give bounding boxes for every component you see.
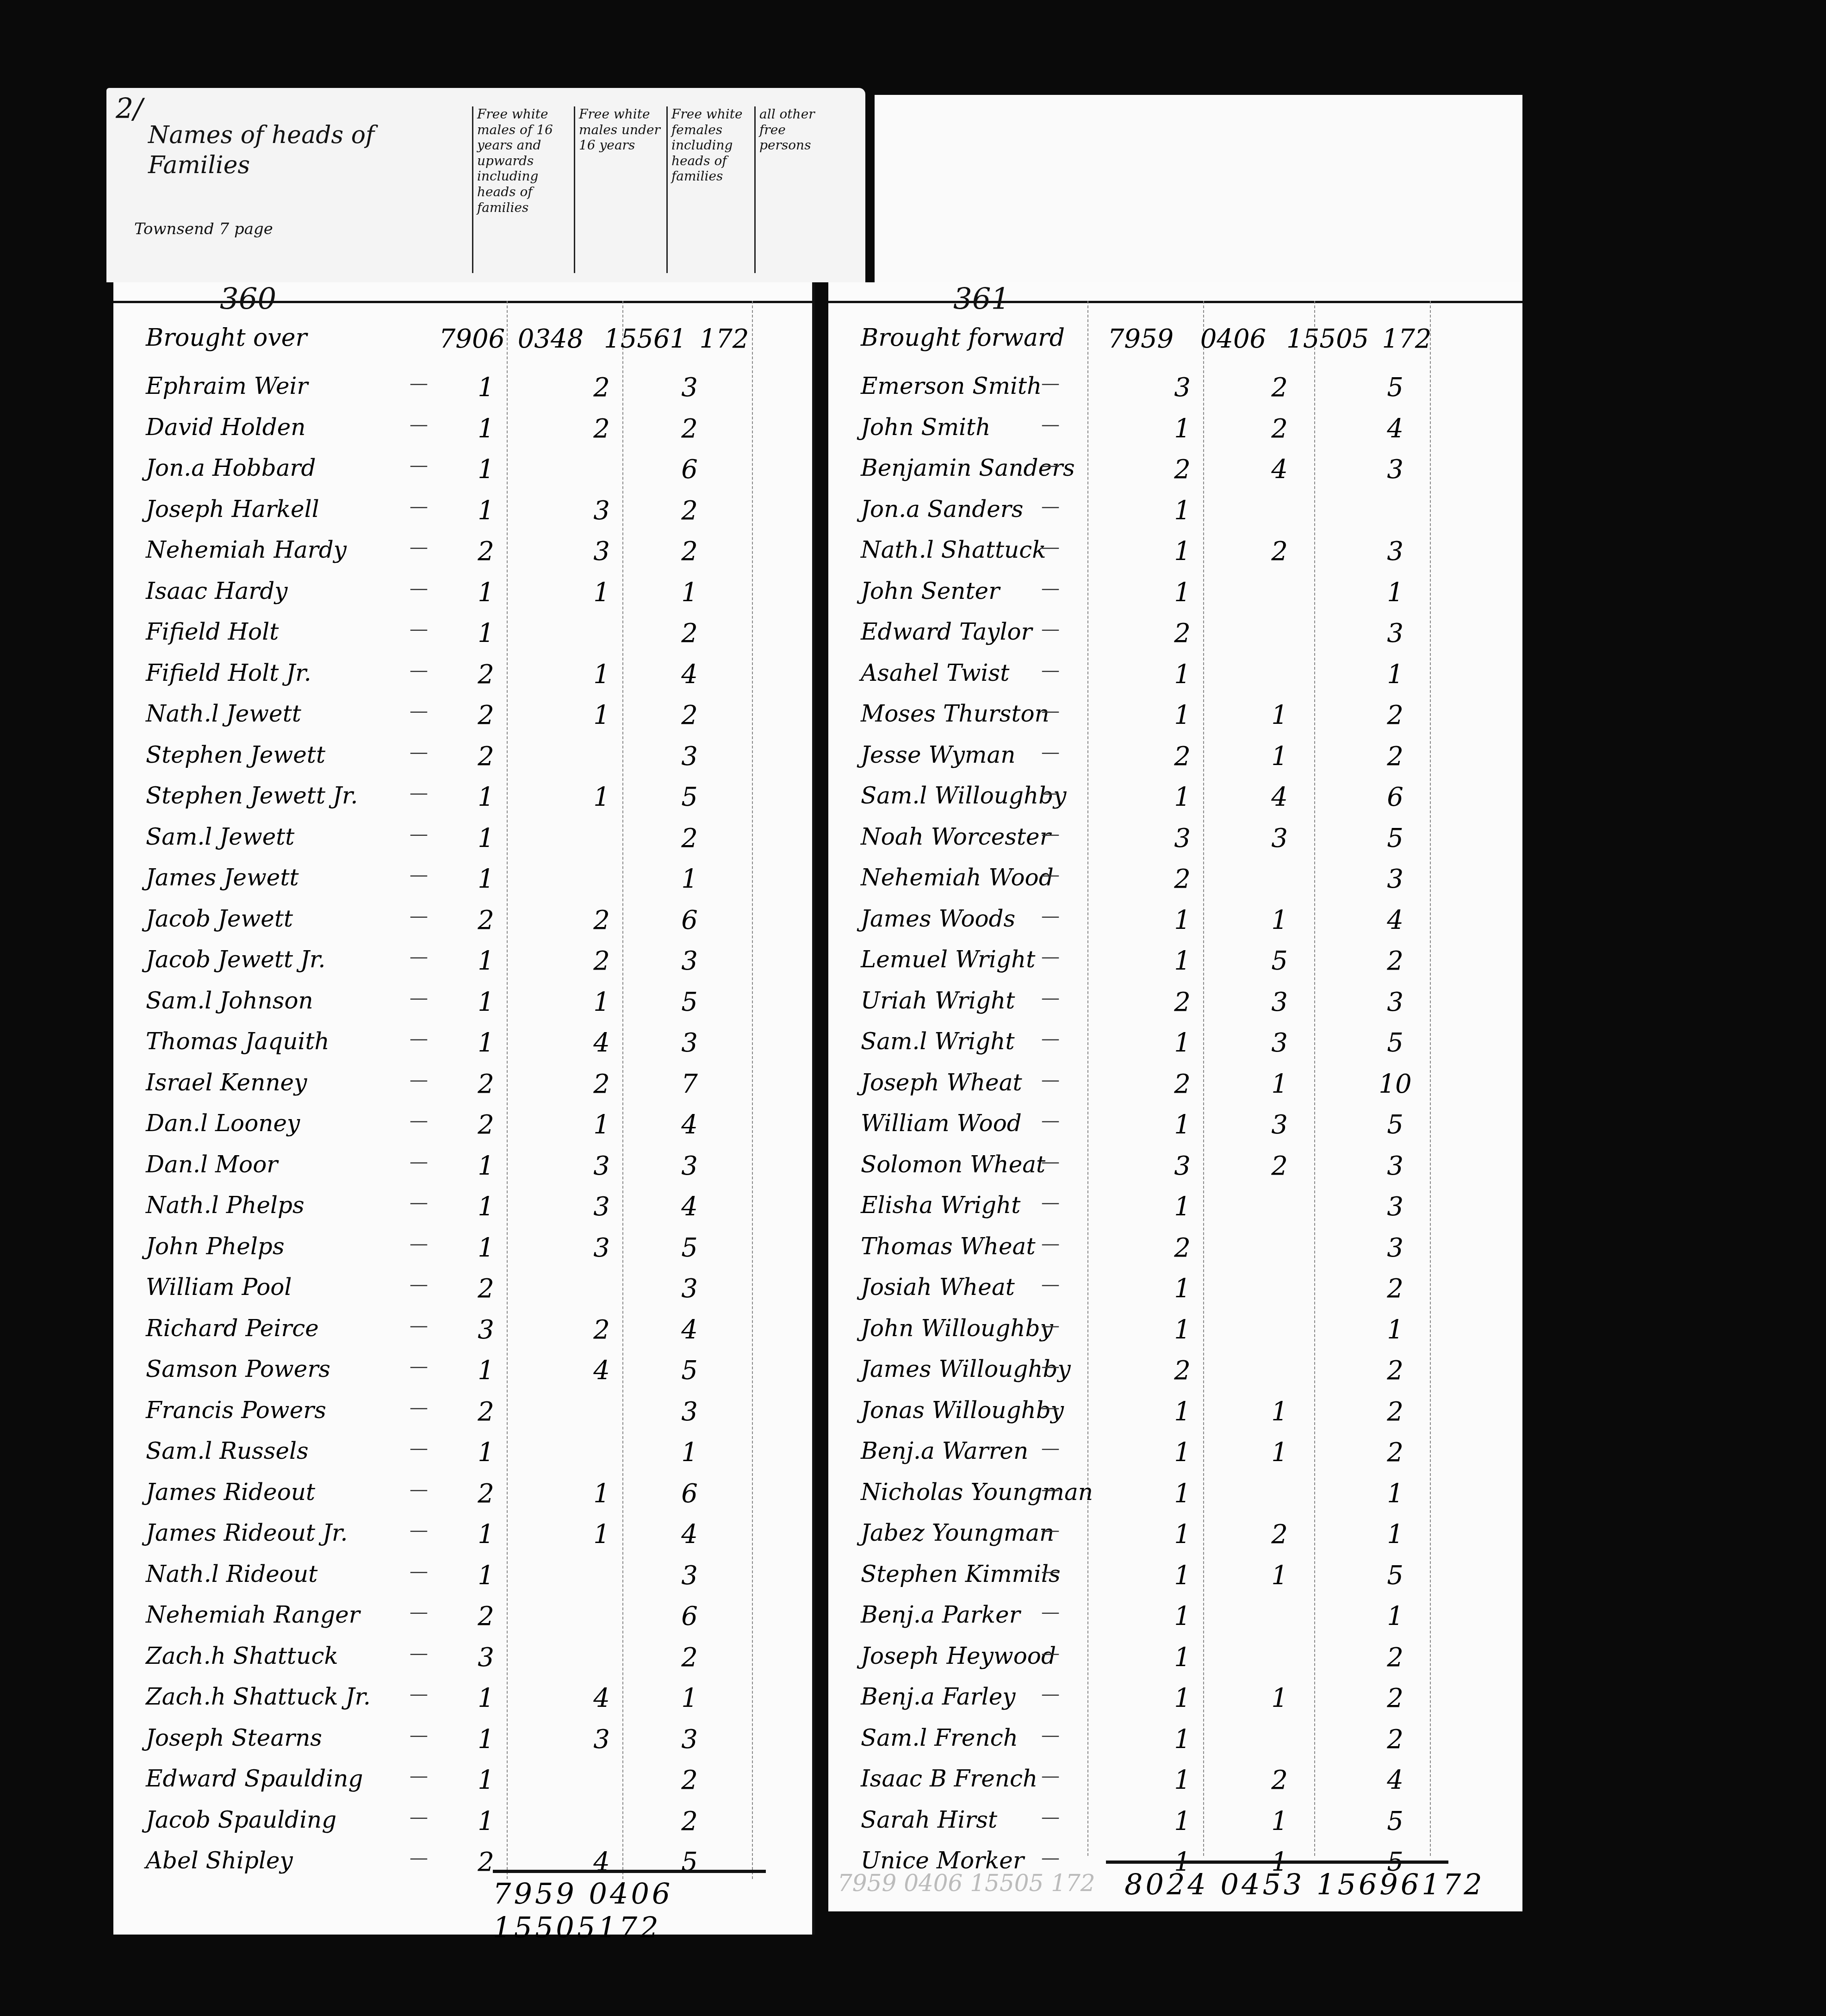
- leader-dash: —: [410, 414, 428, 435]
- females-value: 4: [669, 1315, 710, 1345]
- females-value: 3: [669, 946, 710, 976]
- males-16-up-value: 1: [465, 1561, 507, 1591]
- household-row: William Wood—135: [828, 1110, 1522, 1156]
- leader-dash: —: [410, 1724, 428, 1746]
- head-of-family-name: Asahel Twist: [861, 660, 1009, 686]
- household-row: James Jewett—11: [113, 864, 812, 910]
- leader-dash: —: [410, 1683, 428, 1705]
- leader-dash: —: [410, 987, 428, 1008]
- header-rule: [113, 301, 812, 303]
- leader-dash: —: [410, 1069, 428, 1090]
- males-under-16-value: 2: [1259, 1519, 1300, 1549]
- head-of-family-name: Sam.l Johnson: [146, 987, 313, 1014]
- leader-dash: —: [1041, 1601, 1060, 1623]
- leader-dash: —: [1041, 823, 1060, 845]
- leader-dash: —: [410, 946, 428, 967]
- household-row: Noah Worcester—335: [828, 823, 1522, 870]
- females-value: 1: [1374, 578, 1416, 608]
- males-16-up-value: 2: [465, 741, 507, 772]
- leader-dash: —: [1041, 1110, 1060, 1131]
- females-value: 5: [1374, 1028, 1416, 1058]
- females-value: 3: [1374, 618, 1416, 648]
- leader-dash: —: [1041, 905, 1060, 927]
- household-row: Thomas Wheat—23: [828, 1233, 1522, 1279]
- males-16-up-value: 1: [1161, 1601, 1203, 1631]
- males-16-up-value: 1: [465, 1724, 507, 1755]
- head-of-family-name: Elisha Wright: [861, 1192, 1020, 1219]
- leader-dash: —: [1041, 1397, 1060, 1418]
- household-row: Joseph Stearns—133: [113, 1724, 812, 1771]
- females-value: 5: [1374, 1561, 1416, 1591]
- males-16-up-value: 2: [465, 660, 507, 690]
- leader-dash: —: [1041, 373, 1060, 394]
- males-16-up-value: 1: [465, 414, 507, 444]
- leader-dash: —: [410, 1151, 428, 1172]
- females-value: 5: [669, 1356, 710, 1386]
- household-row: Sam.l Johnson—115: [113, 987, 812, 1033]
- males-under-16-value: 2: [1259, 536, 1300, 566]
- leader-dash: —: [1041, 782, 1060, 803]
- head-of-family-name: Nath.l Shattuck: [861, 536, 1046, 563]
- head-of-family-name: Fifield Holt: [146, 618, 279, 645]
- males-under-16-value: 1: [581, 700, 622, 730]
- females-value: 1: [669, 578, 710, 608]
- males-16-up-value: 1: [1161, 1028, 1203, 1058]
- head-of-family-name: Dan.l Looney: [146, 1110, 300, 1137]
- household-row: Sam.l Jewett—12: [113, 823, 812, 870]
- head-of-family-name: Sam.l Willoughby: [861, 782, 1067, 809]
- total-males-16: 7906: [437, 324, 507, 354]
- head-of-family-name: Sam.l French: [861, 1724, 1018, 1751]
- household-row: Jon.a Sanders—1: [828, 496, 1522, 542]
- males-under-16-value: 3: [581, 496, 622, 526]
- leader-dash: —: [1041, 660, 1060, 681]
- males-under-16-value: 1: [581, 782, 622, 812]
- total-rule: [493, 1870, 766, 1873]
- males-under-16-value: 1: [1259, 1806, 1300, 1836]
- household-row: Samson Powers—145: [113, 1356, 812, 1402]
- males-under-16-value: 4: [1259, 782, 1300, 812]
- head-of-family-name: Solomon Wheat: [861, 1151, 1045, 1178]
- males-16-up-value: 1: [465, 1028, 507, 1058]
- males-16-up-value: 1: [1161, 1806, 1203, 1836]
- leader-dash: —: [410, 905, 428, 927]
- household-row: Stephen Jewett—23: [113, 741, 812, 788]
- females-value: 6: [1374, 782, 1416, 812]
- head-of-family-name: Jonas Willoughby: [861, 1397, 1064, 1424]
- males-under-16-value: 2: [581, 1069, 622, 1099]
- males-under-16-value: 1: [1259, 1069, 1300, 1099]
- household-row: Isaac Hardy—111: [113, 578, 812, 624]
- males-under-16-value: 2: [1259, 1765, 1300, 1795]
- females-value: 1: [1374, 660, 1416, 690]
- head-of-family-name: Sam.l Wright: [861, 1028, 1015, 1055]
- males-under-16-value: 1: [1259, 905, 1300, 935]
- leader-dash: —: [410, 660, 428, 681]
- females-value: 7: [669, 1069, 710, 1099]
- males-16-up-value: 1: [1161, 700, 1203, 730]
- brought-forward-row: Brought forward 7959 0406 15505 172: [828, 324, 1522, 370]
- leader-dash: —: [410, 1437, 428, 1459]
- females-value: 2: [669, 700, 710, 730]
- males-16-up-value: 1: [465, 864, 507, 894]
- males-under-16-value: 3: [1259, 1028, 1300, 1058]
- household-row: Nehemiah Ranger—26: [113, 1601, 812, 1648]
- leader-dash: —: [410, 1192, 428, 1213]
- males-16-up-value: 1: [465, 823, 507, 853]
- head-of-family-name: James Woods: [861, 905, 1015, 932]
- leader-dash: —: [1041, 578, 1060, 599]
- leader-dash: —: [1041, 1233, 1060, 1254]
- males-under-16-value: 4: [581, 1356, 622, 1386]
- males-16-up-value: 1: [1161, 1437, 1203, 1468]
- household-row: David Holden—122: [113, 414, 812, 460]
- head-of-family-name: Nath.l Jewett: [146, 700, 301, 727]
- leader-dash: —: [410, 454, 428, 476]
- females-value: 2: [1374, 1724, 1416, 1755]
- females-value: 3: [669, 1151, 710, 1181]
- household-row: Nath.l Rideout—13: [113, 1561, 812, 1607]
- males-under-16-value: 2: [1259, 1151, 1300, 1181]
- females-value: 5: [1374, 1110, 1416, 1140]
- females-value: 2: [1374, 1437, 1416, 1468]
- head-of-family-name: John Willoughby: [861, 1315, 1053, 1342]
- females-value: 4: [1374, 414, 1416, 444]
- males-16-up-value: 1: [1161, 782, 1203, 812]
- household-row: Asahel Twist—11: [828, 660, 1522, 706]
- males-16-up-value: 1: [1161, 1519, 1203, 1549]
- males-16-up-value: 1: [1161, 536, 1203, 566]
- household-row: Edward Spaulding—12: [113, 1765, 812, 1811]
- household-row: Sam.l Wright—135: [828, 1028, 1522, 1074]
- head-of-family-name: Samson Powers: [146, 1356, 330, 1382]
- household-row: Richard Peirce—324: [113, 1315, 812, 1361]
- males-16-up-value: 1: [1161, 1765, 1203, 1795]
- females-value: 1: [1374, 1315, 1416, 1345]
- page-reference-361: 361: [953, 282, 1010, 317]
- males-under-16-value: 1: [581, 1110, 622, 1140]
- leader-dash: —: [1041, 864, 1060, 885]
- males-under-16-value: 3: [581, 536, 622, 566]
- head-of-family-name: Zach.h Shattuck Jr.: [146, 1683, 371, 1710]
- females-value: 6: [669, 454, 710, 485]
- females-value: 2: [669, 618, 710, 648]
- males-16-up-value: 2: [465, 700, 507, 730]
- household-row: Nicholas Youngman—11: [828, 1479, 1522, 1525]
- head-of-family-name: Fifield Holt Jr.: [146, 660, 311, 686]
- head-of-family-name: Emerson Smith: [861, 373, 1042, 399]
- leader-dash: —: [410, 536, 428, 558]
- leader-dash: —: [410, 496, 428, 517]
- household-row: Fifield Holt Jr.—214: [113, 660, 812, 706]
- head-of-family-name: David Holden: [146, 414, 306, 441]
- head-of-family-name: Abel Shipley: [146, 1847, 293, 1874]
- head-of-family-name: Jacob Jewett Jr.: [146, 946, 325, 973]
- total-other: 172: [1374, 324, 1439, 354]
- household-row: John Willoughby—11: [828, 1315, 1522, 1361]
- males-16-up-value: 2: [465, 536, 507, 566]
- males-16-up-value: 2: [465, 1274, 507, 1304]
- leader-dash: —: [410, 1356, 428, 1377]
- males-16-up-value: 1: [1161, 1643, 1203, 1673]
- females-value: 2: [669, 1643, 710, 1673]
- females-value: 3: [669, 1397, 710, 1427]
- household-row: Joseph Wheat—2110: [828, 1069, 1522, 1115]
- household-row: Isaac B French—124: [828, 1765, 1522, 1811]
- household-row: Uriah Wright—233: [828, 987, 1522, 1033]
- household-row: James Rideout—216: [113, 1479, 812, 1525]
- leader-dash: —: [1041, 454, 1060, 476]
- right-census-page: 361 Brought forward 7959 0406 15505 172 …: [828, 282, 1522, 1911]
- head-of-family-name: Moses Thurston: [861, 700, 1050, 727]
- head-of-family-name: Joseph Stearns: [146, 1724, 322, 1751]
- leader-dash: —: [1041, 1724, 1060, 1746]
- brought-forward-label: Brought forward: [861, 324, 1065, 352]
- household-row: Francis Powers—23: [113, 1397, 812, 1443]
- head-of-family-name: Richard Peirce: [146, 1315, 319, 1342]
- leader-dash: —: [410, 782, 428, 803]
- household-row: Sam.l Willoughby—146: [828, 782, 1522, 828]
- leader-dash: —: [1041, 1069, 1060, 1090]
- head-of-family-name: Nehemiah Ranger: [146, 1601, 360, 1628]
- head-of-family-name: Edward Spaulding: [146, 1765, 363, 1792]
- males-16-up-value: 2: [1161, 1356, 1203, 1386]
- head-of-family-name: Jacob Jewett: [146, 905, 293, 932]
- household-row: James Woods—114: [828, 905, 1522, 952]
- leader-dash: —: [410, 1274, 428, 1295]
- leader-dash: —: [410, 1315, 428, 1336]
- males-16-up-value: 1: [1161, 1192, 1203, 1222]
- males-16-up-value: 2: [1161, 618, 1203, 648]
- head-of-family-name: Nehemiah Hardy: [146, 536, 347, 563]
- total-females: 15505: [1286, 324, 1365, 354]
- males-16-up-value: 1: [1161, 905, 1203, 935]
- head-of-family-name: Nehemiah Wood: [861, 864, 1054, 891]
- leader-dash: —: [1041, 1519, 1060, 1541]
- males-16-up-value: 3: [1161, 373, 1203, 403]
- females-value: 2: [669, 496, 710, 526]
- females-value: 1: [1374, 1519, 1416, 1549]
- head-of-family-name: Joseph Wheat: [861, 1069, 1022, 1096]
- household-row: Stephen Kimmils—115: [828, 1561, 1522, 1607]
- names-column-header: Names of heads of Families: [148, 120, 407, 180]
- males-16-up-value: 1: [465, 1806, 507, 1836]
- males-16-up-value: 2: [1161, 741, 1203, 772]
- males-16-up-value: 1: [465, 946, 507, 976]
- head-of-family-name: William Pool: [146, 1274, 292, 1300]
- head-of-family-name: Thomas Wheat: [861, 1233, 1036, 1260]
- males-under-16-value: 1: [1259, 700, 1300, 730]
- males-16-up-value: 1: [465, 618, 507, 648]
- leader-dash: —: [410, 1806, 428, 1828]
- header-rule: [828, 301, 1522, 303]
- males-16-up-value: 1: [1161, 1479, 1203, 1509]
- males-16-up-value: 2: [1161, 454, 1203, 485]
- left-census-page: 360 Brought over 7906 0348 15561 172 Eph…: [113, 282, 815, 1935]
- head-of-family-name: Benj.a Farley: [861, 1683, 1015, 1710]
- males-16-up-value: 2: [1161, 1233, 1203, 1263]
- household-row: Nath.l Shattuck—123: [828, 536, 1522, 583]
- column-header-strip: 2/ Names of heads of Families Townsend 7…: [106, 88, 865, 282]
- household-row: Ephraim Weir—123: [113, 373, 812, 419]
- males-16-up-value: 1: [465, 578, 507, 608]
- head-of-family-name: Ephraim Weir: [146, 373, 308, 399]
- household-row: Lemuel Wright—152: [828, 946, 1522, 992]
- males-16-up-value: 1: [1161, 414, 1203, 444]
- males-16-up-value: 1: [465, 1356, 507, 1386]
- females-value: 6: [669, 1479, 710, 1509]
- household-row: Jesse Wyman—212: [828, 741, 1522, 788]
- males-16-up-value: 2: [1161, 864, 1203, 894]
- leader-dash: —: [410, 1028, 428, 1049]
- females-value: 2: [1374, 1397, 1416, 1427]
- females-value: 4: [1374, 905, 1416, 935]
- leader-dash: —: [1041, 496, 1060, 517]
- females-value: 3: [1374, 987, 1416, 1017]
- household-row: Zach.h Shattuck Jr.—141: [113, 1683, 812, 1730]
- head-of-family-name: Jacob Spaulding: [146, 1806, 336, 1833]
- leader-dash: —: [410, 864, 428, 885]
- males-16-up-value: 1: [1161, 578, 1203, 608]
- household-row: John Smith—124: [828, 414, 1522, 460]
- females-value: 2: [1374, 946, 1416, 976]
- head-of-family-name: James Rideout Jr.: [146, 1519, 348, 1546]
- household-row: Sam.l French—12: [828, 1724, 1522, 1771]
- males-under-16-value: 1: [1259, 741, 1300, 772]
- males-16-up-value: 2: [1161, 987, 1203, 1017]
- males-under-16-value: 2: [581, 905, 622, 935]
- household-row: Nehemiah Hardy—232: [113, 536, 812, 583]
- head-of-family-name: James Rideout: [146, 1479, 315, 1506]
- females-value: 3: [1374, 536, 1416, 566]
- males-16-up-value: 1: [1161, 1397, 1203, 1427]
- females-value: 6: [669, 905, 710, 935]
- household-row: Benj.a Parker—11: [828, 1601, 1522, 1648]
- males-16-up-value: 3: [465, 1315, 507, 1345]
- males-under-16-value: 3: [1259, 987, 1300, 1017]
- head-of-family-name: John Senter: [861, 578, 1000, 604]
- females-value: 3: [669, 1028, 710, 1058]
- head-of-family-name: Noah Worcester: [861, 823, 1051, 850]
- males-under-16-value: 1: [1259, 1437, 1300, 1468]
- page-reference-360: 360: [220, 282, 276, 317]
- leader-dash: —: [1041, 1192, 1060, 1213]
- head-of-family-name: Thomas Jaquith: [146, 1028, 329, 1055]
- head-of-family-name: Isaac B French: [861, 1765, 1037, 1792]
- header-males-16-up: Free white males of 16 years and upwards…: [472, 106, 570, 273]
- leader-dash: —: [410, 1233, 428, 1254]
- leader-dash: —: [1041, 741, 1060, 763]
- household-row: Sarah Hirst—115: [828, 1806, 1522, 1853]
- males-under-16-value: 4: [581, 1028, 622, 1058]
- leader-dash: —: [1041, 1683, 1060, 1705]
- males-16-up-value: 1: [1161, 1683, 1203, 1713]
- females-value: 3: [669, 1724, 710, 1755]
- household-row: Jacob Jewett—226: [113, 905, 812, 952]
- females-value: 3: [669, 1561, 710, 1591]
- males-16-up-value: 1: [465, 1233, 507, 1263]
- leader-dash: —: [1041, 414, 1060, 435]
- household-row: James Willoughby—22: [828, 1356, 1522, 1402]
- household-row: Joseph Heywood—12: [828, 1643, 1522, 1689]
- males-16-up-value: 3: [1161, 1151, 1203, 1181]
- females-value: 2: [1374, 1356, 1416, 1386]
- household-row: Joseph Harkell—132: [113, 496, 812, 542]
- females-value: 5: [1374, 823, 1416, 853]
- males-16-up-value: 2: [465, 1479, 507, 1509]
- page-number-mark: 2/: [116, 93, 143, 125]
- left-page-totals: 7959 0406 15505172: [493, 1877, 812, 1944]
- household-row: Benj.a Farley—112: [828, 1683, 1522, 1730]
- females-value: 3: [1374, 1192, 1416, 1222]
- males-under-16-value: 1: [581, 1519, 622, 1549]
- females-value: 4: [669, 1110, 710, 1140]
- males-16-up-value: 1: [465, 1683, 507, 1713]
- males-under-16-value: 1: [581, 1479, 622, 1509]
- leader-dash: —: [1041, 1806, 1060, 1828]
- leader-dash: —: [410, 700, 428, 722]
- leader-dash: —: [1041, 618, 1060, 640]
- total-rule: [1106, 1860, 1448, 1864]
- head-of-family-name: John Phelps: [146, 1233, 285, 1260]
- males-under-16-value: 4: [581, 1683, 622, 1713]
- household-row: Fifield Holt—12: [113, 618, 812, 665]
- household-row: Nath.l Jewett—212: [113, 700, 812, 747]
- head-of-family-name: James Willoughby: [861, 1356, 1071, 1382]
- head-of-family-name: William Wood: [861, 1110, 1022, 1137]
- males-16-up-value: 1: [1161, 946, 1203, 976]
- leader-dash: —: [1041, 1847, 1060, 1868]
- females-value: 2: [1374, 700, 1416, 730]
- males-16-up-value: 1: [1161, 1274, 1203, 1304]
- household-row: Dan.l Looney—214: [113, 1110, 812, 1156]
- household-row: Zach.h Shattuck—32: [113, 1643, 812, 1689]
- total-males-under16: 0406: [1199, 324, 1268, 354]
- females-value: 3: [669, 1274, 710, 1304]
- household-row: Nehemiah Wood—23: [828, 864, 1522, 910]
- household-row: John Senter—11: [828, 578, 1522, 624]
- leader-dash: —: [410, 741, 428, 763]
- males-16-up-value: 2: [1161, 1069, 1203, 1099]
- leader-dash: —: [410, 823, 428, 845]
- leader-dash: —: [410, 1519, 428, 1541]
- total-females: 15561: [604, 324, 683, 354]
- household-row: Jacob Spaulding—12: [113, 1806, 812, 1853]
- head-of-family-name: Jesse Wyman: [861, 741, 1015, 768]
- head-of-family-name: Stephen Kimmils: [861, 1561, 1061, 1587]
- head-of-family-name: Nath.l Phelps: [146, 1192, 304, 1219]
- household-row: William Pool—23: [113, 1274, 812, 1320]
- males-under-16-value: 2: [581, 946, 622, 976]
- household-row: John Phelps—135: [113, 1233, 812, 1279]
- males-16-up-value: 1: [465, 454, 507, 485]
- females-value: 3: [1374, 864, 1416, 894]
- females-value: 2: [669, 414, 710, 444]
- females-value: 5: [1374, 1806, 1416, 1836]
- leader-dash: —: [410, 1765, 428, 1786]
- females-value: 1: [669, 1683, 710, 1713]
- household-row: Josiah Wheat—12: [828, 1274, 1522, 1320]
- males-under-16-value: 3: [581, 1233, 622, 1263]
- males-under-16-value: 3: [581, 1192, 622, 1222]
- females-value: 2: [669, 1765, 710, 1795]
- head-of-family-name: Jon.a Sanders: [861, 496, 1023, 523]
- females-value: 1: [669, 1437, 710, 1468]
- males-under-16-value: 2: [581, 414, 622, 444]
- males-under-16-value: 2: [1259, 373, 1300, 403]
- household-row: Benj.a Warren—112: [828, 1437, 1522, 1484]
- household-row: Dan.l Moor—133: [113, 1151, 812, 1197]
